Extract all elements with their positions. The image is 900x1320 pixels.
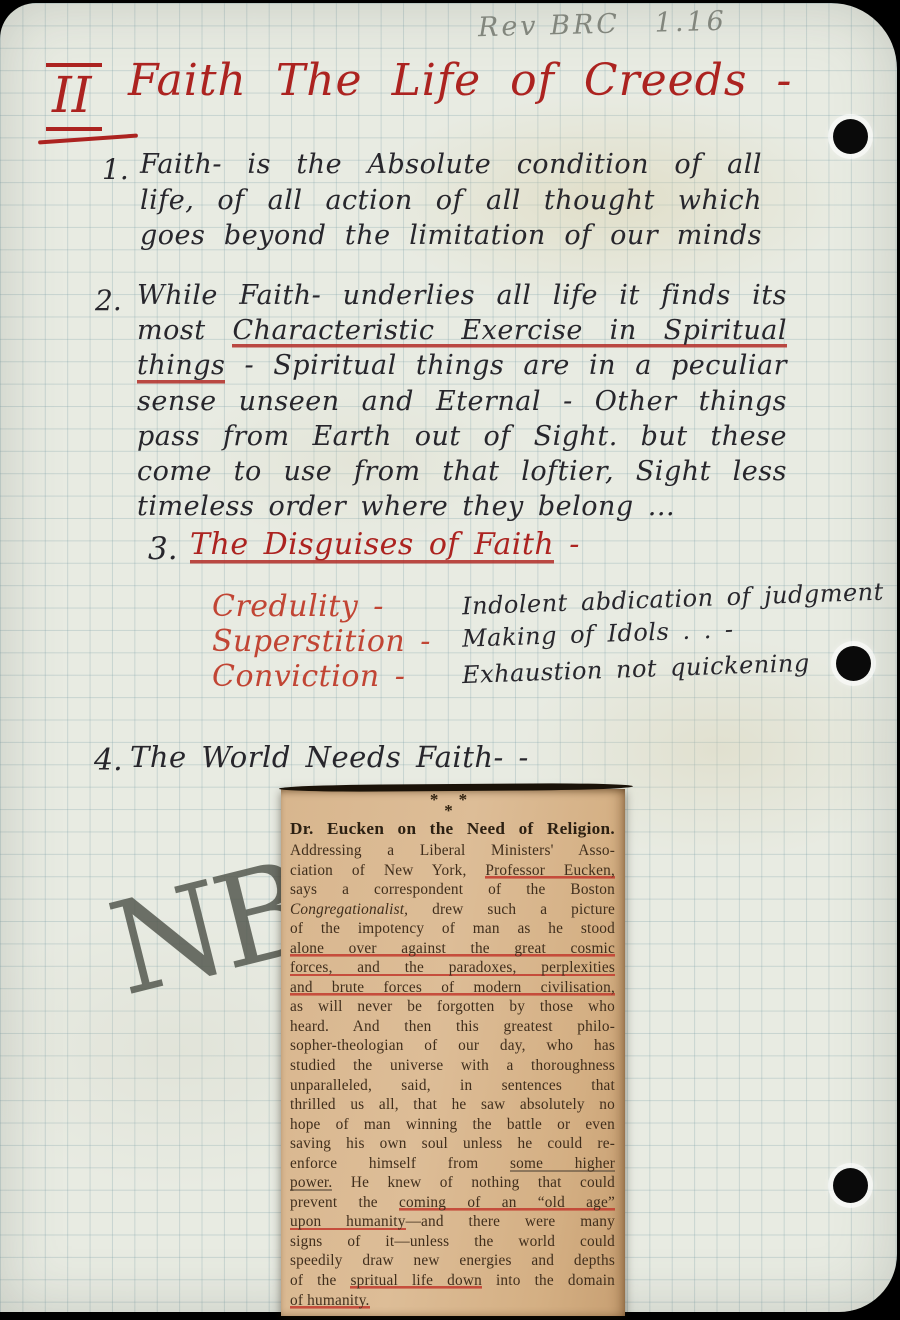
punch-hole <box>836 646 871 681</box>
disguise-term: Credulity - <box>212 589 384 624</box>
clipping-line: heard. And then this greatest philo- <box>290 1017 615 1037</box>
clipping-line: of the impotency of man as he stood <box>290 919 615 939</box>
clipping-line: speedily draw new energies and depths <box>290 1251 615 1271</box>
numeral-underline <box>38 134 138 145</box>
underlined-text: spritual life down <box>350 1272 482 1289</box>
text-segment: speedily draw new energies and depths <box>290 1252 615 1269</box>
text-segment: saving his own soul unless he could re- <box>290 1135 615 1152</box>
clipping-line: Congregationalist, drew such a picture <box>290 900 615 920</box>
text-segment: of the <box>290 1272 350 1289</box>
section-numeral: II <box>46 63 102 131</box>
clipping-line: sopher-theologian of our day, who has <box>290 1036 615 1056</box>
text-segment: drew such a picture <box>408 901 615 918</box>
note-number: 4. <box>94 743 123 778</box>
underlined-text: upon humanity <box>290 1213 406 1230</box>
text-segment: thrilled us all, that he saw absolutely … <box>290 1096 615 1113</box>
handwritten-line: sense unseen and Eternal - Other things <box>137 386 787 417</box>
punch-hole <box>833 1168 868 1203</box>
text-segment: He knew of nothing that could <box>332 1174 615 1191</box>
handwritten-line: come to use from that loftier, Sight les… <box>137 456 787 487</box>
disguise-term: Superstition - <box>212 624 431 659</box>
clipping-line: enforce himself from some higher <box>290 1154 615 1174</box>
text-segment: - Spiritual things are in a peculiar <box>225 350 787 381</box>
text-segment: into the domain <box>482 1272 615 1289</box>
text-segment: enforce himself from <box>290 1155 510 1172</box>
handwritten-line: pass from Earth out of Sight. but these <box>137 421 787 452</box>
text-segment: of the impotency of man as he stood <box>290 920 615 937</box>
disguise-term: Conviction - <box>212 659 405 694</box>
clipping-line: forces, and the paradoxes, perplexities <box>290 958 615 978</box>
asterisk-ornament: * <box>290 805 615 816</box>
disguise-meaning: Making of Idols . . - <box>462 615 734 652</box>
handwritten-line: most Characteristic Exercise in Spiritua… <box>137 315 787 346</box>
clipping-line: upon humanity—and there were many <box>290 1212 615 1232</box>
text-segment: unparalleled, said, in sentences that <box>290 1077 615 1094</box>
disguise-meaning: Exhaustion not quickening <box>462 649 811 689</box>
underlined-text: forces, and the paradoxes, perplexities <box>290 959 615 976</box>
underlined-text: things <box>137 350 225 384</box>
text-segment: prevent the <box>290 1194 399 1211</box>
underlined-text: power. <box>290 1174 332 1191</box>
note-number: 1. <box>102 153 129 186</box>
text-segment: pass from Earth out of Sight. but these <box>137 421 787 452</box>
underlined-text: of humanity. <box>290 1292 370 1309</box>
handwritten-line: Faith- is the Absolute condition of all <box>140 149 762 180</box>
text-segment: The World Needs Faith- - <box>130 740 529 774</box>
clipping-headline: Dr. Eucken on the Need of Religion. <box>290 816 615 841</box>
text-segment: come to use from that loftier, Sight les… <box>137 456 787 487</box>
clipping-line: signs of it—unless the world could <box>290 1232 615 1252</box>
text-segment: While Faith- underlies all life it finds… <box>137 280 787 311</box>
clipping-line: thrilled us all, that he saw absolutely … <box>290 1095 615 1115</box>
page-title: Faith The Life of Creeds - <box>128 55 792 106</box>
text-segment: Addressing a Liberal Ministers' Asso- <box>290 842 615 859</box>
text-segment: says a correspondent of the Boston <box>290 881 615 898</box>
text-segment: heard. And then this greatest philo- <box>290 1018 615 1035</box>
clipping-line: unparalleled, said, in sentences that <box>290 1076 615 1096</box>
text-segment: studied the universe with a thoroughness <box>290 1057 615 1074</box>
clipping-line: saving his own soul unless he could re- <box>290 1134 615 1154</box>
clipping-line: says a correspondent of the Boston <box>290 880 615 900</box>
notebook-page: Rev BRC 1.16 II Faith The Life of Creeds… <box>0 3 897 1312</box>
clipping-line: power. He knew of nothing that could <box>290 1173 615 1193</box>
punch-hole <box>833 119 868 154</box>
text-segment: Faith- is the Absolute condition of all <box>140 149 762 180</box>
underlined-text: The Disguises of Faith <box>190 527 554 565</box>
handwritten-line: things - Spiritual things are in a pecul… <box>137 350 787 381</box>
underlined-text: alone over against the great cosmic <box>290 940 615 957</box>
note-number: 2. <box>95 284 122 317</box>
notebook-photo: Rev BRC 1.16 II Faith The Life of Creeds… <box>0 0 900 1320</box>
text-segment: timeless order where they belong ... <box>137 491 675 522</box>
clipping-line: and brute forces of modern civilisation, <box>290 978 615 998</box>
text-segment: sense unseen and Eternal - Other things <box>137 386 787 417</box>
clipping-body: Addressing a Liberal Ministers' Asso-cia… <box>290 841 615 1310</box>
newspaper-clipping: * * * Dr. Eucken on the Need of Religion… <box>281 789 625 1316</box>
clipping-line: alone over against the great cosmic <box>290 939 615 959</box>
text-segment: goes beyond the limitation of our minds <box>140 220 762 251</box>
pencil-annotation: Rev BRC 1.16 <box>478 6 728 44</box>
handwritten-line: The Disguises of Faith - <box>190 527 580 562</box>
text-segment: signs of it—unless the world could <box>290 1233 615 1250</box>
underlined-text: some higher <box>510 1155 615 1172</box>
underlined-text: Congregationalist, <box>290 901 408 918</box>
text-segment: ciation of New York, <box>290 862 485 879</box>
clipping-line: of the spritual life down into the domai… <box>290 1271 615 1291</box>
handwritten-line: While Faith- underlies all life it finds… <box>137 280 787 311</box>
text-segment: as will never be forgotten by those who <box>290 998 615 1015</box>
underlined-text: Characteristic Exercise in Spiritual <box>232 315 787 349</box>
clipping-line: hope of man winning the battle or even <box>290 1115 615 1135</box>
text-segment: sopher-theologian of our day, who has <box>290 1037 615 1054</box>
disguise-meaning: Indolent abdication of judgment <box>462 578 885 621</box>
underlined-text: and brute forces of modern civilisation, <box>290 979 615 996</box>
clipping-line: Addressing a Liberal Ministers' Asso- <box>290 841 615 861</box>
underlined-text: Professor Eucken, <box>485 862 615 879</box>
note-number: 3. <box>148 531 178 567</box>
clipping-line: of humanity. <box>290 1291 615 1311</box>
handwritten-line: The World Needs Faith- - <box>130 740 529 774</box>
clipping-line: ciation of New York, Professor Eucken, <box>290 861 615 881</box>
text-segment: hope of man winning the battle or even <box>290 1116 615 1133</box>
text-segment: - <box>554 527 580 562</box>
text-segment: life, of all action of all thought which <box>140 185 762 216</box>
handwritten-line: goes beyond the limitation of our minds <box>140 220 762 251</box>
clipping-line: as will never be forgotten by those who <box>290 997 615 1017</box>
text-segment: —and there were many <box>406 1213 615 1230</box>
text-segment: most <box>137 315 232 346</box>
handwritten-line: life, of all action of all thought which <box>140 185 762 216</box>
underlined-text: coming of an “old age” <box>399 1194 615 1211</box>
clipping-line: prevent the coming of an “old age” <box>290 1193 615 1213</box>
clipping-line: studied the universe with a thoroughness <box>290 1056 615 1076</box>
handwritten-line: timeless order where they belong ... <box>137 491 675 522</box>
